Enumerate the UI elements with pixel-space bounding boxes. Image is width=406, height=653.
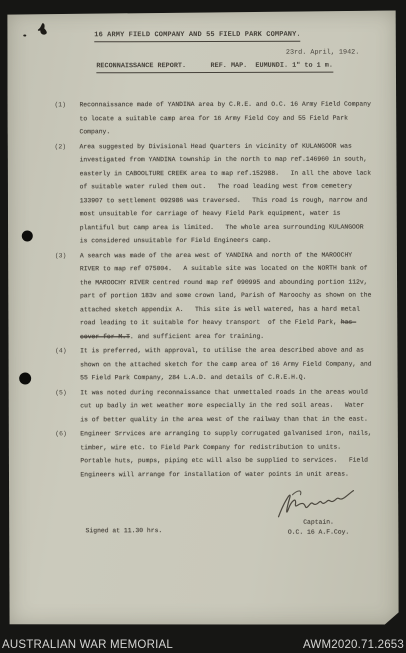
paragraph-3: (3) A search was made of the area west o… [55, 248, 398, 343]
paragraph-text: A search was made of the area west of YA… [80, 248, 374, 343]
paragraph-6: (6) Engineer Srrvices are arranging to s… [55, 426, 398, 481]
document-title-row: 16 ARMY FIELD COMPANY AND 55 FIELD PARK … [94, 30, 397, 42]
archive-id: AWM2020.71.2653 [303, 639, 404, 651]
paragraph-1: (1) Reconnaissance made of YANDINA area … [54, 97, 397, 138]
signature-section: Signed at 11.30 hrs. Captain. O.C. 16 A.… [85, 502, 398, 575]
ink-blot-mark [33, 21, 53, 39]
paragraph-text: Reconnaissance made of YANDINA area by C… [79, 98, 373, 139]
document-page: 16 ARMY FIELD COMPANY AND 55 FIELD PARK … [7, 10, 399, 625]
signed-time-line: Signed at 11.30 hrs. [86, 527, 163, 534]
punch-hole [19, 372, 31, 384]
ink-speck [23, 34, 26, 36]
paragraph-5: (5) It was noted during reconnaissance t… [55, 385, 398, 426]
scan-background: 16 ARMY FIELD COMPANY AND 55 FIELD PARK … [0, 0, 406, 653]
paragraph-list: (1) Reconnaissance made of YANDINA area … [54, 97, 398, 481]
archive-name: AUSTRALIAN WAR MEMORIAL [2, 639, 173, 651]
paragraph-number: (2) [55, 140, 80, 248]
signer-rank: Captain. [273, 518, 365, 528]
document-date: 23rd. April, 1942. [7, 49, 359, 58]
paragraph-text-before: A search was made of the area west of YA… [80, 251, 375, 326]
document-title: 16 ARMY FIELD COMPANY AND 55 FIELD PARK … [94, 31, 300, 43]
signer-unit: O.C. 16 A.F.Coy. [273, 528, 365, 538]
paragraph-text: Area suggested by Divisional Head Quarte… [80, 139, 374, 248]
paragraph-number: (5) [55, 386, 80, 427]
paragraph-number: (4) [55, 344, 80, 385]
paragraph-number: (3) [55, 249, 80, 344]
punch-hole [22, 230, 33, 241]
paragraph-number: (6) [55, 427, 80, 481]
paragraph-text: Engineer Srrvices are arranging to suppl… [80, 427, 374, 482]
report-heading: RECONNAISSANCE REPORT. REF. MAP. EUMUNDI… [96, 62, 333, 74]
paragraph-2: (2) Area suggested by Divisional Head Qu… [55, 139, 398, 248]
archive-footer: AUSTRALIAN WAR MEMORIAL AWM2020.71.2653 [0, 639, 406, 651]
signature-block: Captain. O.C. 16 A.F.Coy. [272, 487, 364, 538]
signature-handwriting [272, 487, 364, 521]
report-heading-row: RECONNAISSANCE REPORT. REF. MAP. EUMUNDI… [96, 61, 397, 73]
paragraph-text: It is preferred, with approval, to utili… [80, 344, 374, 385]
paragraph-text-after: . and sufficient area for training. [130, 332, 264, 339]
paragraph-number: (1) [54, 98, 79, 139]
paragraph-4: (4) It is preferred, with approval, to u… [55, 343, 398, 384]
paragraph-text: It was noted during reconnaissance that … [80, 385, 374, 426]
